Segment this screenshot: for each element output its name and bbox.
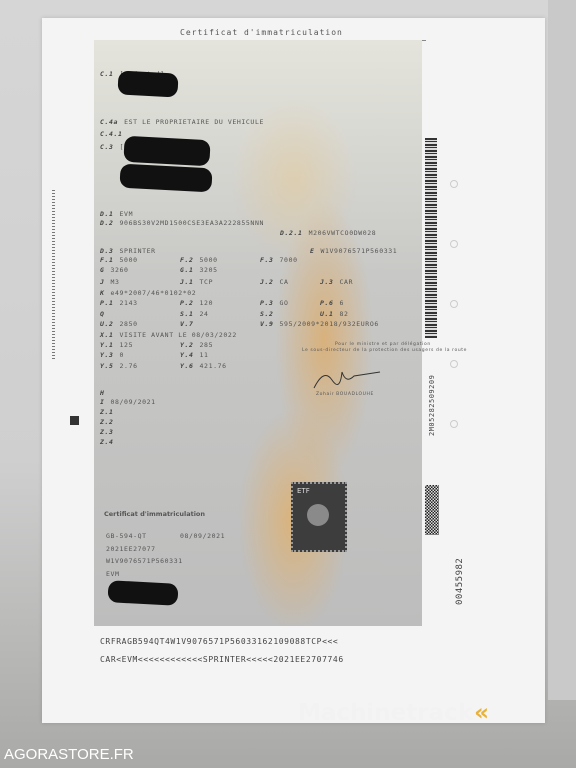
coupon-date: 08/09/2021 [180, 532, 225, 540]
field-u-2: U.22850 [100, 320, 138, 328]
field-j-3: J.3CAR [320, 278, 353, 286]
redaction-c3-a [123, 136, 210, 166]
serial-vertical: 2M05282509209 [428, 375, 436, 436]
background-edge [548, 0, 576, 700]
field-y-5: Y.52.76 [100, 362, 138, 370]
field-y-3: Y.30 [100, 351, 124, 359]
field-i: I08/09/2021 [100, 398, 156, 406]
redaction-coupon-owner [107, 580, 178, 606]
field-y-1: Y.1125 [100, 341, 133, 349]
field-d-3: D.3SPRINTER [100, 247, 156, 255]
field-j-2: J.2CA [260, 278, 289, 286]
field-d-2-1: D.2.1M206VWTCO0DW028 [280, 229, 376, 237]
coupon-brand: EVM [106, 570, 120, 578]
field-g-1: G.13205 [180, 266, 218, 274]
authority-line-1: Pour le ministre et par délégation [335, 342, 431, 347]
field-c-4-1: C.4.1 [100, 130, 129, 138]
field-h: H [100, 389, 111, 397]
double-chevron-left-icon: « [474, 700, 489, 726]
field-y-4: Y.411 [180, 351, 209, 359]
redaction-c3-b [119, 164, 212, 193]
signature [310, 362, 390, 392]
field-e: EW1V9076571P560331 [310, 247, 397, 255]
registration-mark [70, 416, 79, 425]
field-z-1: Z.1 [100, 408, 120, 416]
redaction-c1 [117, 70, 178, 97]
machinetrack-logo: Machinetrack« [298, 700, 489, 726]
field-y-2: Y.2285 [180, 341, 213, 349]
field-f-1: F.15000 [100, 256, 138, 264]
coupon-formula-number: 2021EE27077 [106, 545, 156, 553]
coupon-vin: W1V9076571P560331 [106, 557, 183, 565]
field-p-6: P.66 [320, 299, 344, 307]
field-v-7: V.7 [180, 320, 200, 328]
field-c-4a: C.4aEST LE PROPRIETAIRE DU VEHICULE [100, 118, 264, 126]
field-y-6: Y.6421.76 [180, 362, 227, 370]
field-v-9: V.9595/2009*2018/932EURO6 [260, 320, 379, 328]
field-q: Q [100, 310, 111, 318]
perforation [450, 360, 458, 368]
field-d-1: D.1EVM [100, 210, 133, 218]
field-p-2: P.2120 [180, 299, 213, 307]
stamp-label: ETF [297, 487, 310, 495]
field-u-1: U.182 [320, 310, 349, 318]
field-k: Ke49*2007/46*0102*02 [100, 289, 196, 297]
left-microprint [52, 190, 55, 360]
field-j-1: J.1TCP [180, 278, 213, 286]
perforation [450, 240, 458, 248]
field-f-3: F.37000 [260, 256, 298, 264]
field-f-2: F.25000 [180, 256, 218, 264]
field-x-1: X.1VISITE AVANT LE 08/03/2022 [100, 331, 237, 339]
coupon-registration: GB-594-QT [106, 532, 147, 540]
signatory-name: Zohair BOUADLOUHE [316, 392, 374, 397]
datamatrix-code [425, 485, 439, 535]
perforation [450, 180, 458, 188]
field-p-3: P.3GO [260, 299, 289, 307]
marianne-emblem-icon [307, 504, 329, 526]
field-d-2: D.2906BS30V2MD1500CSE3EA3A222855NNN [100, 219, 264, 227]
coupon-title: Certificat d'immatriculation [104, 510, 205, 518]
barcode [425, 138, 437, 338]
field-z-3: Z.3 [100, 428, 120, 436]
field-z-2: Z.2 [100, 418, 120, 426]
field-j: JM3 [100, 278, 120, 286]
perforation [450, 420, 458, 428]
security-stamp: ETF [291, 482, 347, 552]
mrz-line-1: CRFRAGB594QT4W1V9076571P56033162109088TC… [100, 637, 338, 646]
authority-line-2: Le sous-directeur de la protection des u… [302, 348, 467, 353]
field-s-1: S.124 [180, 310, 209, 318]
field-z-4: Z.4 [100, 438, 120, 446]
agorastore-watermark: AGORASTORE.FR [4, 746, 134, 763]
field-s-2: S.2 [260, 310, 280, 318]
serial-vertical-2: 00455982 [455, 558, 465, 605]
field-p-1: P.12143 [100, 299, 138, 307]
document-title: Certificat d'immatriculation [180, 28, 343, 37]
field-g: G3260 [100, 266, 129, 274]
perforation [450, 300, 458, 308]
mrz-line-2: CAR<EVM<<<<<<<<<<<<SPRINTER<<<<<2021EE27… [100, 655, 344, 664]
